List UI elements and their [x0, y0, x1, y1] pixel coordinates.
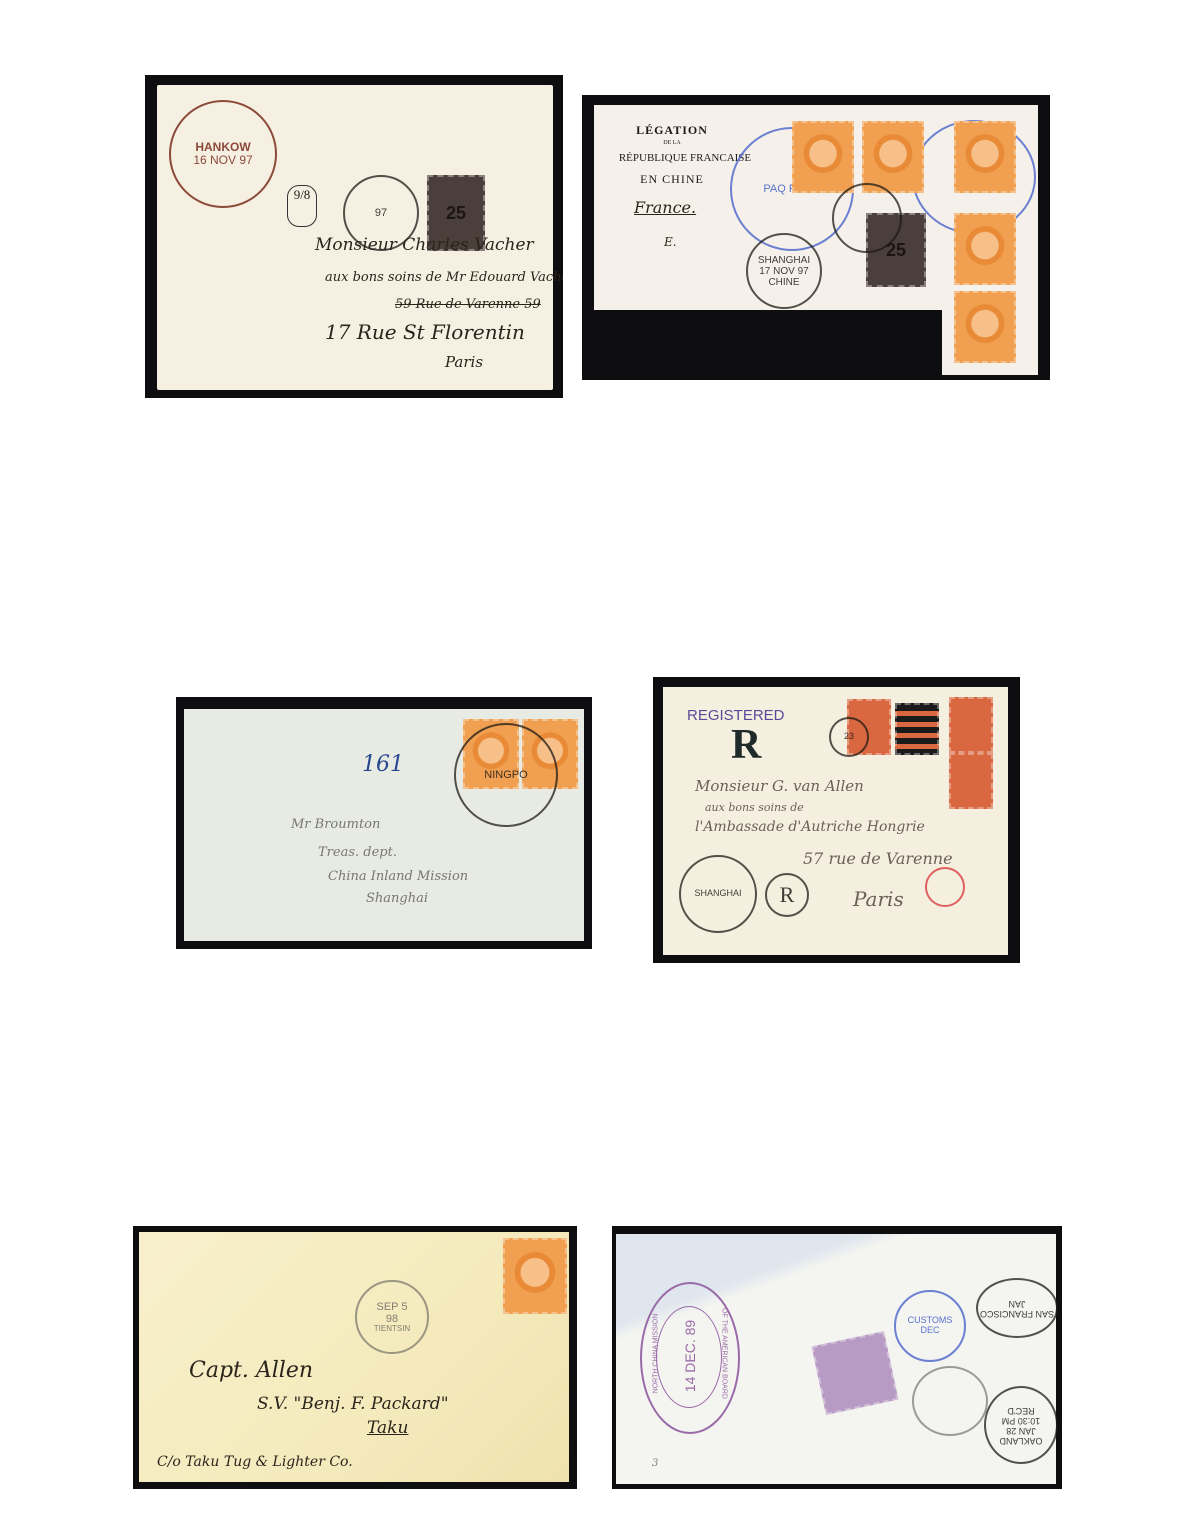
postmark-shanghai	[832, 183, 902, 253]
cover-legation: LÉGATION DE LA RÉPUBLIQUE FRANCAISE EN C…	[582, 95, 1050, 380]
address-line: aux bons soins de	[705, 801, 804, 814]
stamp-red	[949, 753, 993, 809]
stamp-orange	[792, 121, 854, 193]
registered-r: R	[731, 721, 761, 769]
cover-mission: 14 DEC. 89 NORTH CHINA MISSION OF THE AM…	[612, 1226, 1062, 1489]
address-line: aux bons soins de Mr Edouard Vacher	[325, 270, 563, 285]
address-line: l'Ambassade d'Autriche Hongrie	[695, 819, 925, 835]
postmark-faint	[912, 1366, 988, 1436]
cover-ningpo: 161 NINGPO Mr Broumton Treas. dept. Chin…	[176, 697, 592, 949]
address-line: Mr Broumton	[291, 817, 380, 832]
oval-cachet: 14 DEC. 89 NORTH CHINA MISSION OF THE AM…	[640, 1282, 740, 1434]
postmark-shanghai: SHANGHAI	[679, 855, 757, 933]
stamp-orange	[862, 121, 924, 193]
address-line: 17 Rue St Florentin	[325, 320, 525, 344]
address-line: China Inland Mission	[328, 869, 468, 884]
address-line: S.V. "Benj. F. Packard"	[257, 1394, 449, 1414]
stamp-orange	[954, 291, 1016, 363]
marking-fraction: 9/8	[287, 185, 317, 227]
letterhead-line: EN CHINE	[612, 172, 732, 187]
pencil-note: 3	[652, 1458, 658, 1469]
address-line: C/o Taku Tug & Lighter Co.	[157, 1454, 353, 1470]
postmark-customs: CUSTOMS DEC	[894, 1290, 966, 1362]
address-line: Capt. Allen	[189, 1358, 313, 1383]
cover-tientsin: SEP 5 98 TIENTSIN Capt. Allen S.V. "Benj…	[133, 1226, 577, 1489]
letterhead-line: DE LA	[612, 140, 732, 146]
address-line: Taku	[367, 1418, 408, 1438]
address-line: 59 Rue de Varenne 59	[395, 297, 541, 312]
address-line: Paris	[853, 887, 904, 911]
stamp-barred	[895, 703, 939, 755]
postmark-san-francisco: SAN FRANCISCO JAN	[976, 1278, 1058, 1338]
postmark-hankow: HANKOW 16 NOV 97	[169, 100, 277, 208]
stamp-orange	[954, 213, 1016, 285]
address-line: Monsieur Charles Vacher	[315, 235, 534, 255]
address-line: Treas. dept.	[318, 845, 397, 860]
stamp-red	[949, 697, 993, 753]
cachet-text: OF THE AMERICAN BOARD	[721, 1294, 728, 1414]
initial: E.	[664, 235, 677, 249]
address-line: Paris	[445, 353, 483, 371]
address-line: Monsieur G. van Allen	[695, 777, 864, 795]
letterhead-line: LÉGATION	[612, 123, 732, 138]
cover-hankow: HANKOW 16 NOV 97 9/8 97 25 Monsieur Char…	[145, 75, 563, 398]
address-line: Shanghai	[366, 891, 428, 906]
stamp-orange	[503, 1238, 567, 1314]
postmark-tientsin: SEP 5 98 TIENTSIN	[355, 1280, 429, 1354]
postmark-shanghai: SHANGHAI 17 NOV 97 CHINE	[746, 233, 822, 309]
destination: France.	[634, 198, 696, 217]
postmark-oakland: OAKLAND JAN 28 10:30 PM REC'D	[984, 1386, 1058, 1464]
cachet-date: 14 DEC. 89	[682, 1314, 698, 1398]
postmark-duplex: 23	[829, 717, 869, 757]
postmark-r-circle: R	[765, 873, 809, 917]
postmark-ningpo: NINGPO	[454, 723, 558, 827]
stamp-orange	[954, 121, 1016, 193]
cachet-text: NORTH CHINA MISSION	[653, 1294, 660, 1414]
postmark-red	[925, 867, 965, 907]
cover-registered: REGISTERED R 23 Monsieur G. van Allen au…	[653, 677, 1020, 963]
address-line: 57 rue de Varenne	[803, 849, 953, 868]
docket-number: 161	[362, 752, 404, 777]
